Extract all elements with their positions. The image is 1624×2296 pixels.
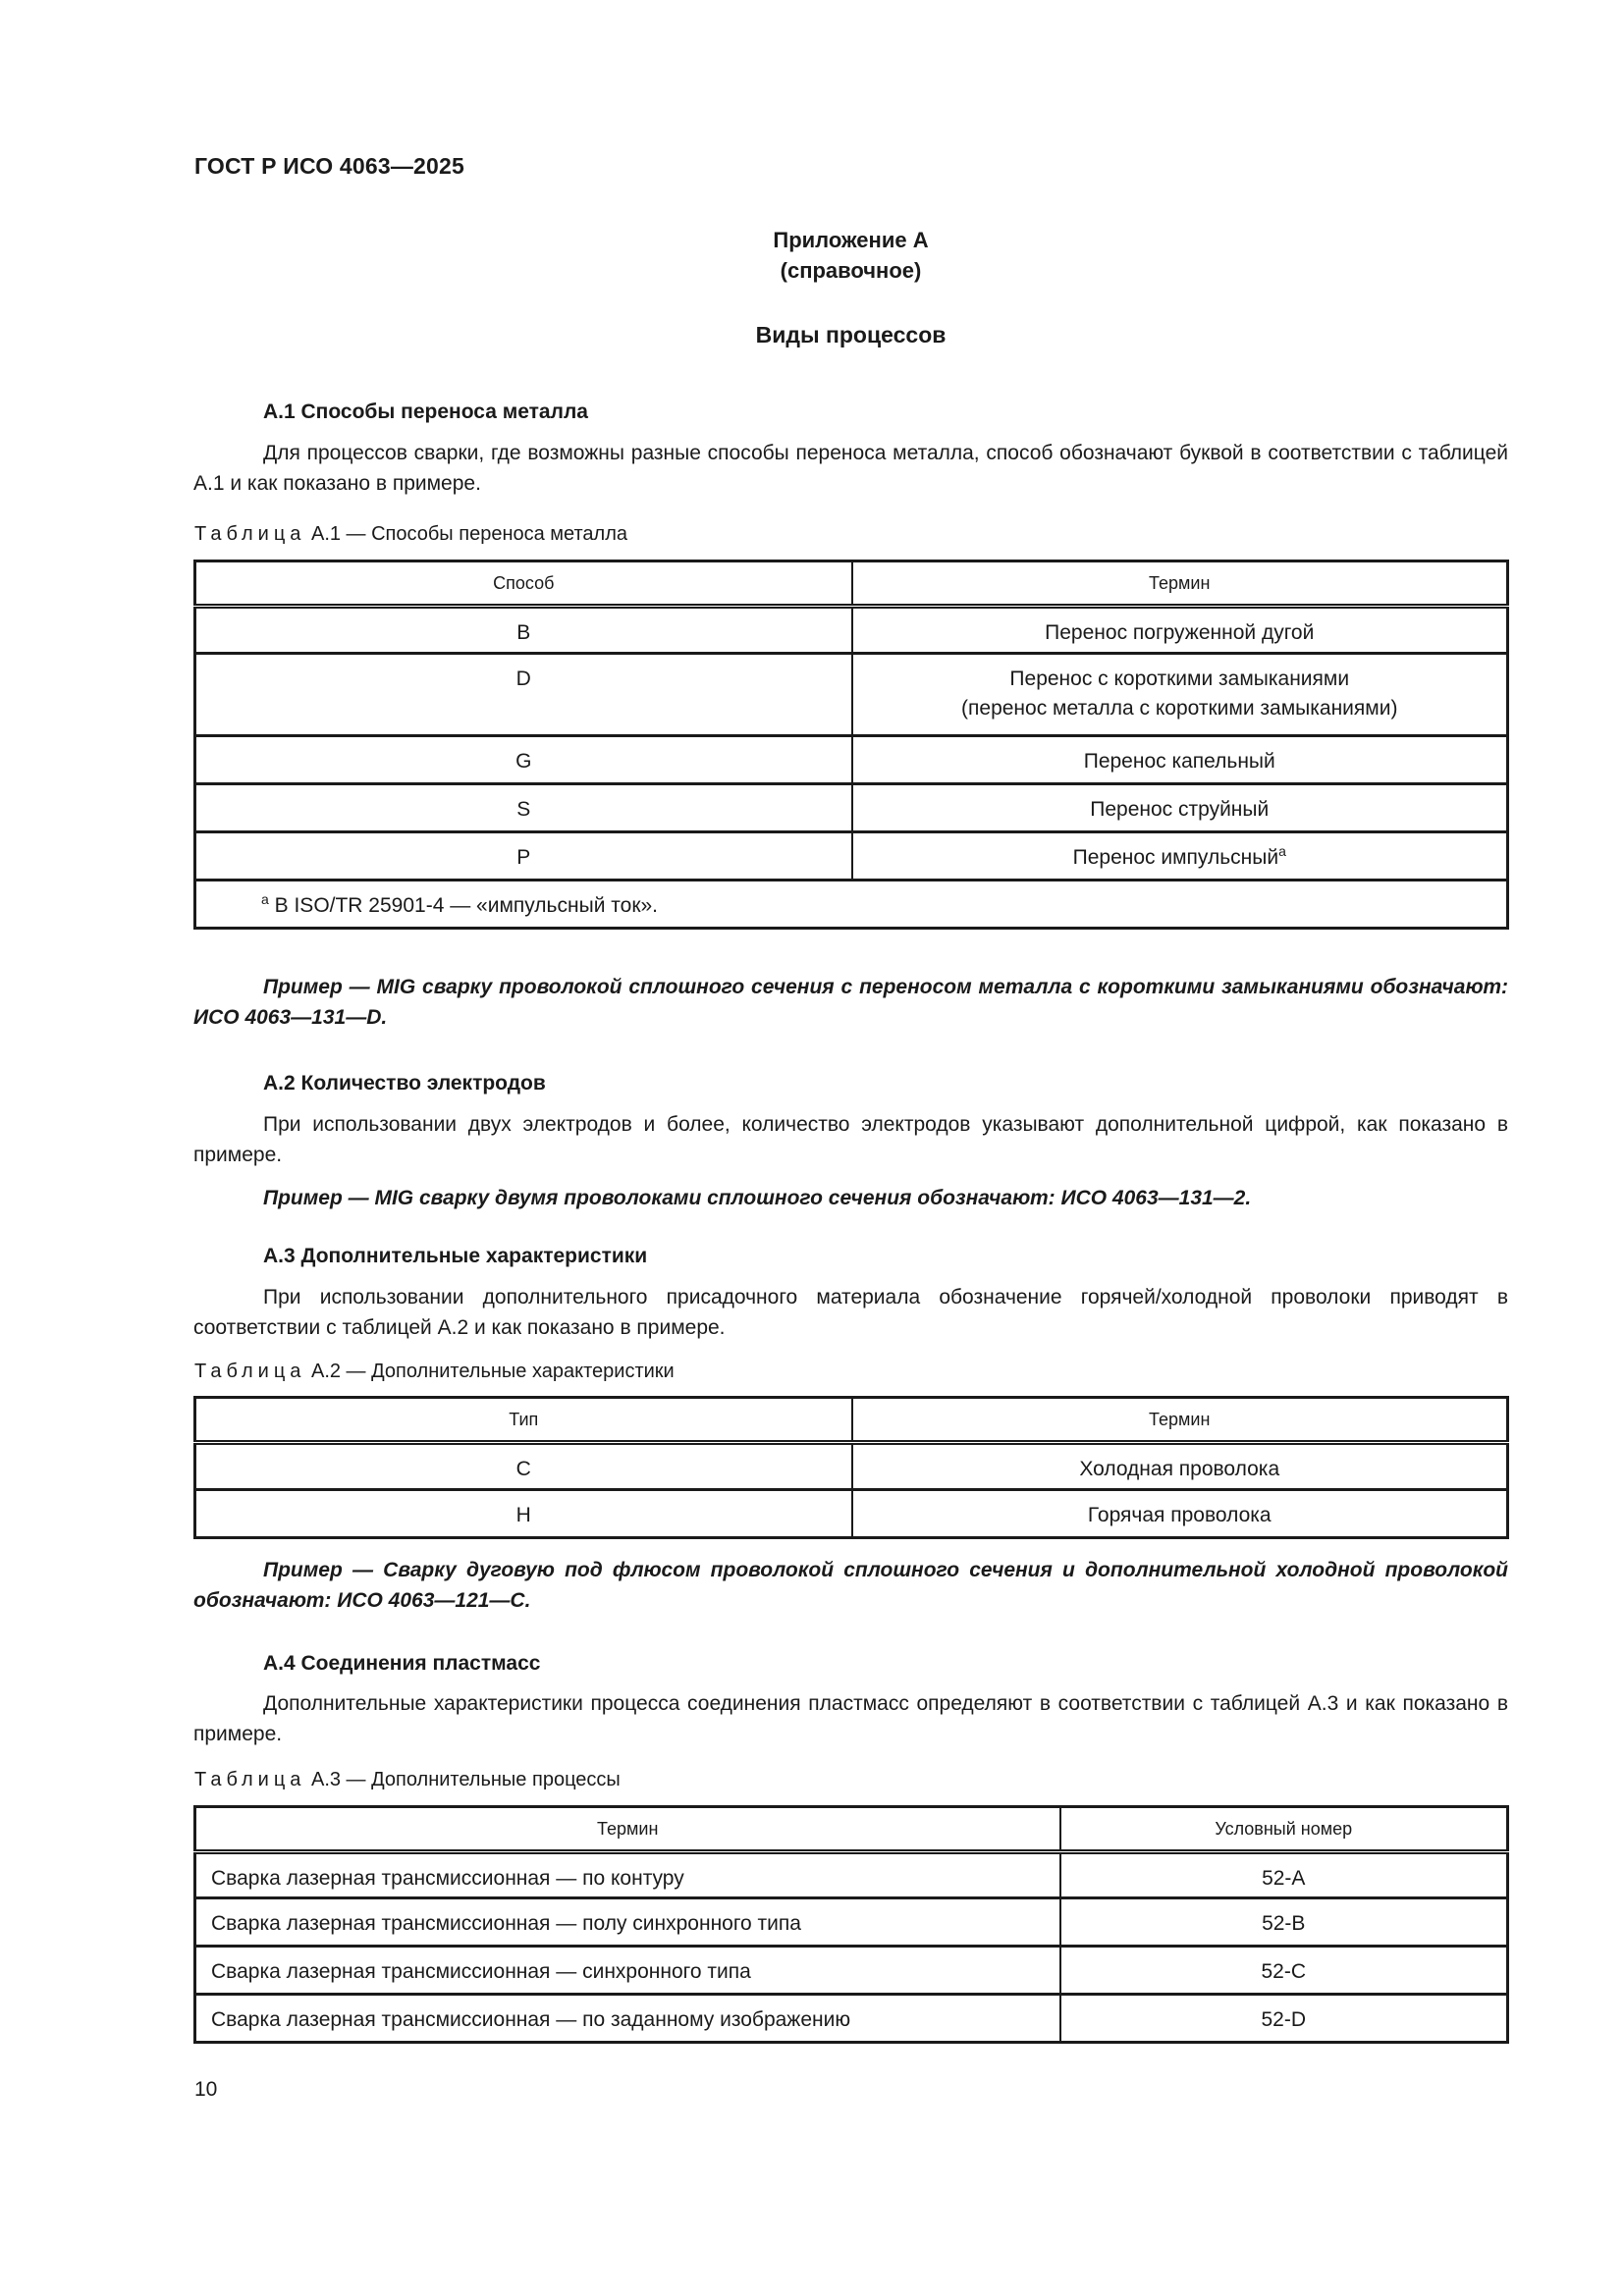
- footnote-mark: a: [1278, 843, 1286, 859]
- table-a3-caption-text: А.3 — Дополнительные процессы: [305, 1769, 620, 1790]
- table-a1-header-row: Способ Термин: [195, 561, 1508, 607]
- table-a1-code: P: [196, 833, 851, 873]
- section-a2-paragraph: При использовании двух электродов и боле…: [193, 1109, 1508, 1170]
- table-a1-term-line2: (перенос металла с короткими замыканиями…: [853, 694, 1507, 723]
- table-a3-col-code: Условный номер: [1060, 1807, 1508, 1852]
- section-a3-title: А.3 Дополнительные характеристики: [263, 1245, 647, 1268]
- section-a4-title: А.4 Соединения пластмасс: [263, 1652, 540, 1676]
- table-a2-caption: Таблица А.2 — Дополнительные характерист…: [194, 1361, 675, 1383]
- table-a2-caption-text: А.2 — Дополнительные характеристики: [305, 1361, 674, 1382]
- section-a2-title: А.2 Количество электродов: [263, 1072, 546, 1095]
- section-a2-example: Пример — MIG сварку двумя проволоками сп…: [193, 1183, 1508, 1213]
- table-a3-code: 52-B: [1061, 1899, 1507, 1939]
- table-row: G Перенос капельный: [195, 736, 1508, 784]
- table-a2-term: Горячая проволока: [853, 1491, 1507, 1530]
- table-row: B Перенос погруженной дугой: [195, 607, 1508, 654]
- table-row: Сварка лазерная трансмиссионная — по кон…: [195, 1852, 1508, 1898]
- table-row: C Холодная проволока: [195, 1443, 1508, 1490]
- table-a1-code: B: [196, 609, 851, 648]
- table-a1-term: Перенос струйный: [853, 785, 1507, 825]
- table-a2-caption-word: Таблица: [194, 1361, 305, 1382]
- table-row: H Горячая проволока: [195, 1490, 1508, 1538]
- table-a1-term: Перенос погруженной дугой: [853, 609, 1507, 648]
- table-a2: Тип Термин C Холодная проволока H Горяча…: [193, 1396, 1509, 1539]
- table-a1-term: Перенос капельный: [853, 737, 1507, 776]
- annex-title: Приложение А: [193, 228, 1508, 253]
- table-row: Сварка лазерная трансмиссионная — синхро…: [195, 1947, 1508, 1995]
- table-a1-col-term: Термин: [852, 561, 1508, 607]
- table-a1-caption: Таблица А.1 — Способы переноса металла: [194, 523, 627, 546]
- section-a3-example: Пример — Сварку дуговую под флюсом прово…: [193, 1555, 1508, 1616]
- table-a1-footnote-text: B ISO/TR 25901-4 — «импульсный ток».: [269, 894, 658, 917]
- table-a3-term: Сварка лазерная трансмиссионная — по зад…: [196, 1996, 1059, 2035]
- table-a2-col-term: Термин: [852, 1398, 1508, 1443]
- table-a3-caption: Таблица А.3 — Дополнительные процессы: [194, 1769, 621, 1791]
- section-a1-title: А.1 Способы переноса металла: [263, 400, 588, 424]
- table-a3-term: Сварка лазерная трансмиссионная — синхро…: [196, 1948, 1059, 1987]
- table-row: D Перенос с короткими замыканиями (перен…: [195, 654, 1508, 736]
- table-a3-term: Сварка лазерная трансмиссионная — по кон…: [196, 1854, 1059, 1894]
- table-a2-term: Холодная проволока: [853, 1445, 1507, 1484]
- section-a4-paragraph: Дополнительные характеристики процесса с…: [193, 1688, 1508, 1749]
- table-a1-caption-word: Таблица: [194, 523, 305, 545]
- table-row: Сварка лазерная трансмиссионная — по зад…: [195, 1995, 1508, 2043]
- table-a1-code: D: [196, 655, 851, 694]
- table-a2-code: H: [196, 1491, 851, 1530]
- table-a1-caption-text: А.1 — Способы переноса металла: [305, 523, 627, 545]
- section-a3-paragraph: При использовании дополнительного присад…: [193, 1282, 1508, 1343]
- table-a1-term: Перенос импульсный: [1073, 846, 1278, 869]
- table-a3-col-term: Термин: [195, 1807, 1060, 1852]
- table-a3-code: 52-A: [1061, 1854, 1507, 1894]
- footnote-mark: a: [261, 891, 269, 907]
- table-row: Сварка лазерная трансмиссионная — полу с…: [195, 1898, 1508, 1947]
- table-a3-code: 52-D: [1061, 1996, 1507, 2035]
- table-a1-col-method: Способ: [195, 561, 852, 607]
- table-a1-code: G: [196, 737, 851, 776]
- table-row: S Перенос струйный: [195, 784, 1508, 832]
- table-row: P Перенос импульсныйa: [195, 832, 1508, 881]
- page-number: 10: [194, 2078, 217, 2102]
- table-a1: Способ Термин B Перенос погруженной дуго…: [193, 560, 1509, 930]
- table-a3-caption-word: Таблица: [194, 1769, 305, 1790]
- table-a2-col-type: Тип: [195, 1398, 852, 1443]
- annex-heading: Виды процессов: [193, 322, 1508, 348]
- table-a3-term: Сварка лазерная трансмиссионная — полу с…: [196, 1899, 1059, 1939]
- table-a2-code: C: [196, 1445, 851, 1484]
- document-standard-id: ГОСТ Р ИСО 4063—2025: [194, 153, 464, 180]
- table-a1-footnote-row: a B ISO/TR 25901-4 — «импульсный ток».: [195, 881, 1508, 929]
- table-a1-code: S: [196, 785, 851, 825]
- table-a3: Термин Условный номер Сварка лазерная тр…: [193, 1805, 1509, 2044]
- annex-status: (справочное): [193, 258, 1508, 284]
- table-a1-term: Перенос с короткими замыканиями: [853, 665, 1507, 694]
- table-a2-header-row: Тип Термин: [195, 1398, 1508, 1443]
- table-a3-header-row: Термин Условный номер: [195, 1807, 1508, 1852]
- section-a1-example: Пример — MIG сварку проволокой сплошного…: [193, 972, 1508, 1033]
- table-a3-code: 52-C: [1061, 1948, 1507, 1987]
- section-a1-paragraph: Для процессов сварки, где возможны разны…: [193, 438, 1508, 499]
